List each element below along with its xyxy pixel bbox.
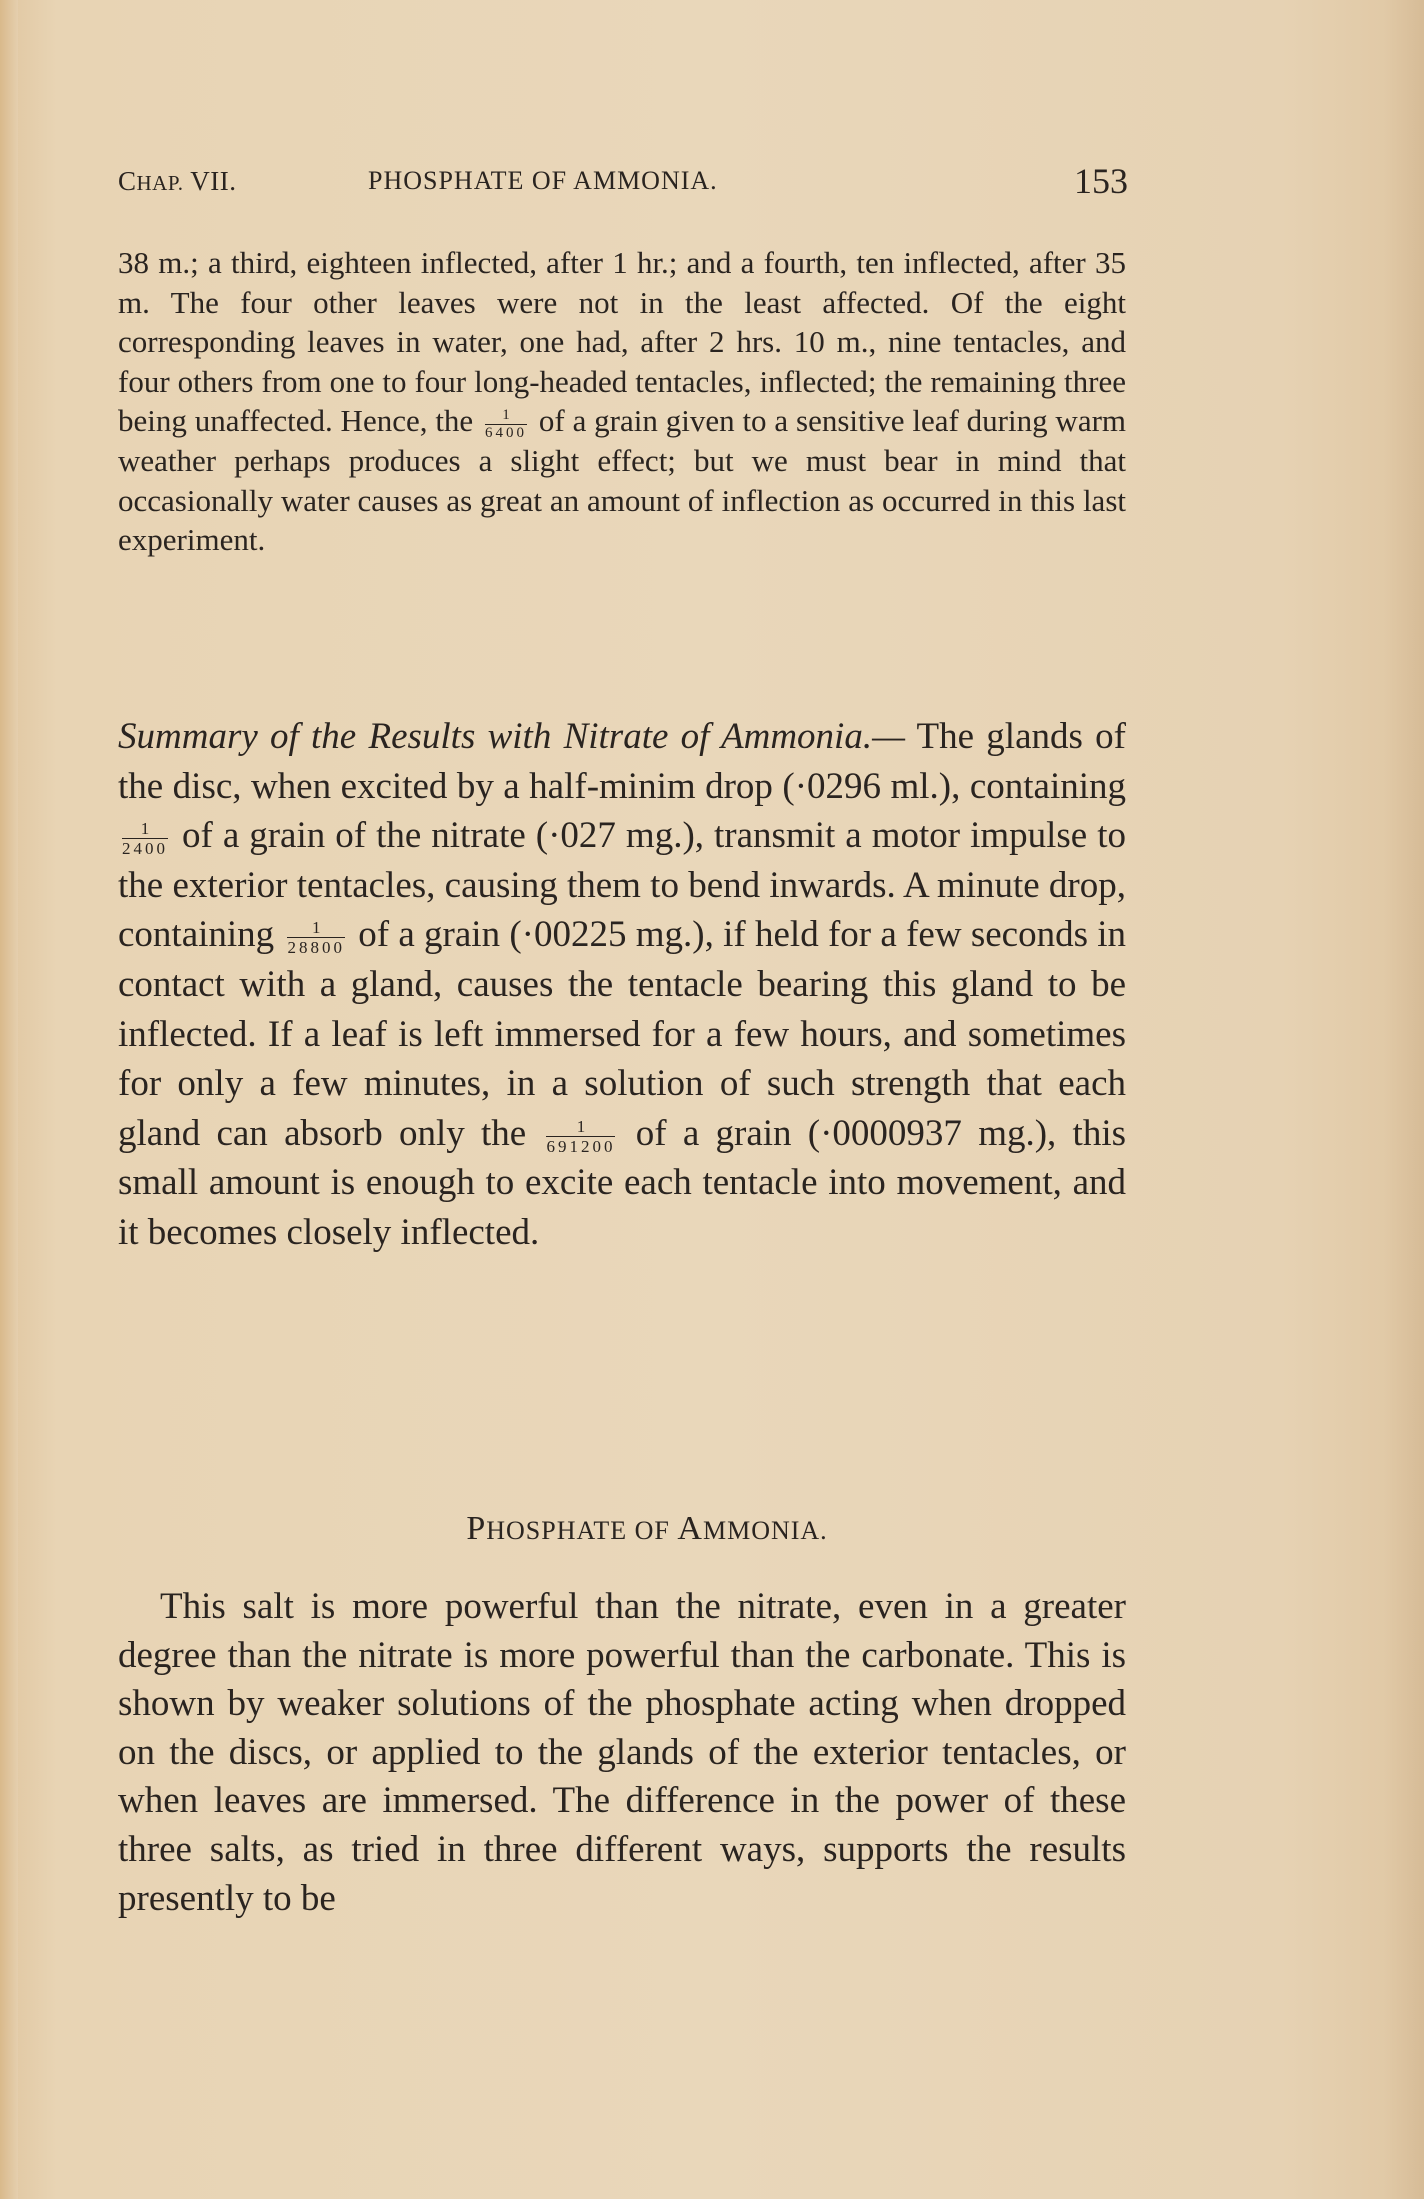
chapter-label: CHAP. VII. [118, 166, 236, 197]
page-edge-shadow [1384, 0, 1424, 2199]
section-body: This salt is more powerful than the nitr… [118, 1583, 1126, 1923]
fraction: 1691200 [546, 1118, 615, 1155]
fraction: 12400 [122, 820, 168, 857]
summary-paragraph: Summary of the Results with Nitrate of A… [118, 712, 1126, 1258]
continued-paragraph: 38 m.; a third, eighteen inflected, afte… [118, 243, 1126, 560]
page-number: 153 [1074, 160, 1128, 202]
section-heading: PHOSPHATE OF AMMONIA. [0, 1510, 1424, 1548]
page-gutter-shadow [0, 0, 18, 2199]
running-head: CHAP. VII. PHOSPHATE OF AMMONIA. 153 [118, 160, 1128, 206]
paragraph-text: This salt is more powerful than the nitr… [118, 1583, 1126, 1923]
fraction: 128800 [287, 919, 345, 956]
fraction: 16400 [485, 408, 527, 441]
book-page: CHAP. VII. PHOSPHATE OF AMMONIA. 153 38 … [0, 0, 1424, 2199]
summary-heading: Summary of the Results with Nitrate of A… [118, 716, 905, 757]
running-title: PHOSPHATE OF AMMONIA. [368, 166, 718, 196]
